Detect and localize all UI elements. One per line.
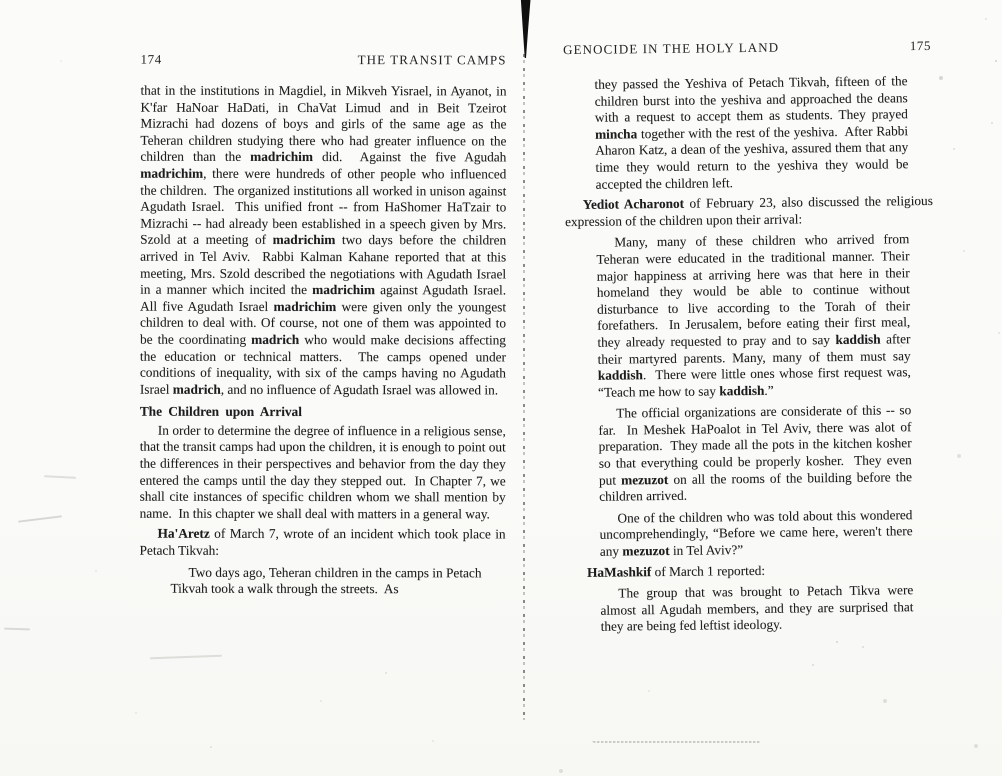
left-running-header: 174 THE TRANSIT CAMPS: [141, 52, 507, 69]
text-run: In order to determine the degree of infl…: [140, 423, 510, 522]
left-page-number: 174: [141, 52, 162, 68]
scan-smudge: [44, 475, 76, 479]
quote-block: The group that was brought to Petach Tik…: [600, 582, 914, 635]
text-run: The group that was brought to Petach Tik…: [600, 582, 916, 634]
paragraph: Ha'Aretz of March 7, wrote of an inciden…: [140, 526, 506, 560]
text-run: .”: [764, 382, 773, 397]
bold-term: kaddish: [598, 367, 643, 383]
bold-term: HaMashkif: [587, 564, 651, 580]
quote-block: Many, many of these children who arrived…: [596, 232, 911, 401]
scan-smudge: [592, 741, 760, 743]
left-header-title: THE TRANSIT CAMPS: [358, 52, 507, 68]
bold-term: Ha'Aretz: [158, 526, 210, 541]
paragraph: that in the institutions in Magdiel, in …: [140, 83, 507, 399]
scan-smudge: [18, 515, 62, 522]
quote-block: Two days ago, Teheran children in the ca…: [170, 564, 481, 598]
scan-smudge: [150, 655, 222, 660]
paragraph: Yediot Acharonot of February 23, also di…: [565, 193, 933, 230]
bold-term: madrich: [251, 332, 299, 347]
bold-term: mezuzot: [621, 472, 668, 488]
text-run: Two days ago, Teheran children in the ca…: [170, 564, 484, 596]
text-run: together with the rest of the yeshiva. A…: [595, 123, 912, 191]
text-run: they passed the Yeshiva of Petach Tikvah…: [594, 73, 911, 125]
left-page: 174 THE TRANSIT CAMPS that in the instit…: [139, 52, 506, 603]
bold-term: madrich: [173, 381, 221, 396]
bold-term: madrichim: [273, 232, 336, 247]
scan-speckles: [0, 0, 2, 2]
right-page-body: they passed the Yeshiva of Petach Tikvah…: [563, 73, 937, 636]
bold-term: madrichim: [250, 149, 313, 164]
section-heading: The Children upon Arrival: [140, 404, 506, 421]
text-run: The Children upon Arrival: [140, 404, 302, 419]
bold-term: kaddish: [719, 383, 764, 399]
bold-term: madrichim: [140, 166, 203, 181]
text-run: , and no influence of Agudath Israel was…: [221, 381, 498, 397]
paragraph: In order to determine the degree of infl…: [140, 422, 506, 522]
quote-block: One of the children who was told about t…: [599, 507, 913, 560]
bold-term: madrichim: [273, 299, 336, 314]
right-page-number: 175: [910, 38, 931, 54]
right-header-title: GENOCIDE IN THE HOLY LAND: [563, 40, 779, 58]
quote-block: they passed the Yeshiva of Petach Tikvah…: [594, 73, 908, 193]
scan-smudge: [4, 628, 30, 631]
quote-block: The official organizations are considera…: [598, 402, 912, 505]
text-run: in Tel Aviv?”: [669, 542, 743, 558]
left-page-body: that in the institutions in Magdiel, in …: [139, 83, 506, 599]
spine-fold-line: [523, 54, 525, 720]
spine-shadow-wedge: [518, 0, 534, 58]
bold-term: mezuzot: [622, 543, 669, 559]
right-page: GENOCIDE IN THE HOLY LAND 175 they passe…: [563, 38, 938, 640]
bold-term: madrichim: [312, 282, 375, 297]
text-run: did. Against the five Agudah: [313, 149, 510, 164]
text-run: of March 1 reported:: [651, 562, 765, 578]
book-scan: 174 THE TRANSIT CAMPS that in the instit…: [0, 0, 1002, 776]
bold-term: mincha: [595, 126, 637, 141]
bold-term: kaddish: [835, 331, 880, 347]
paragraph: HaMashkif of March 1 reported:: [569, 561, 937, 582]
right-running-header: GENOCIDE IN THE HOLY LAND 175: [563, 38, 931, 58]
bold-term: Yediot Acharonot: [583, 196, 684, 212]
